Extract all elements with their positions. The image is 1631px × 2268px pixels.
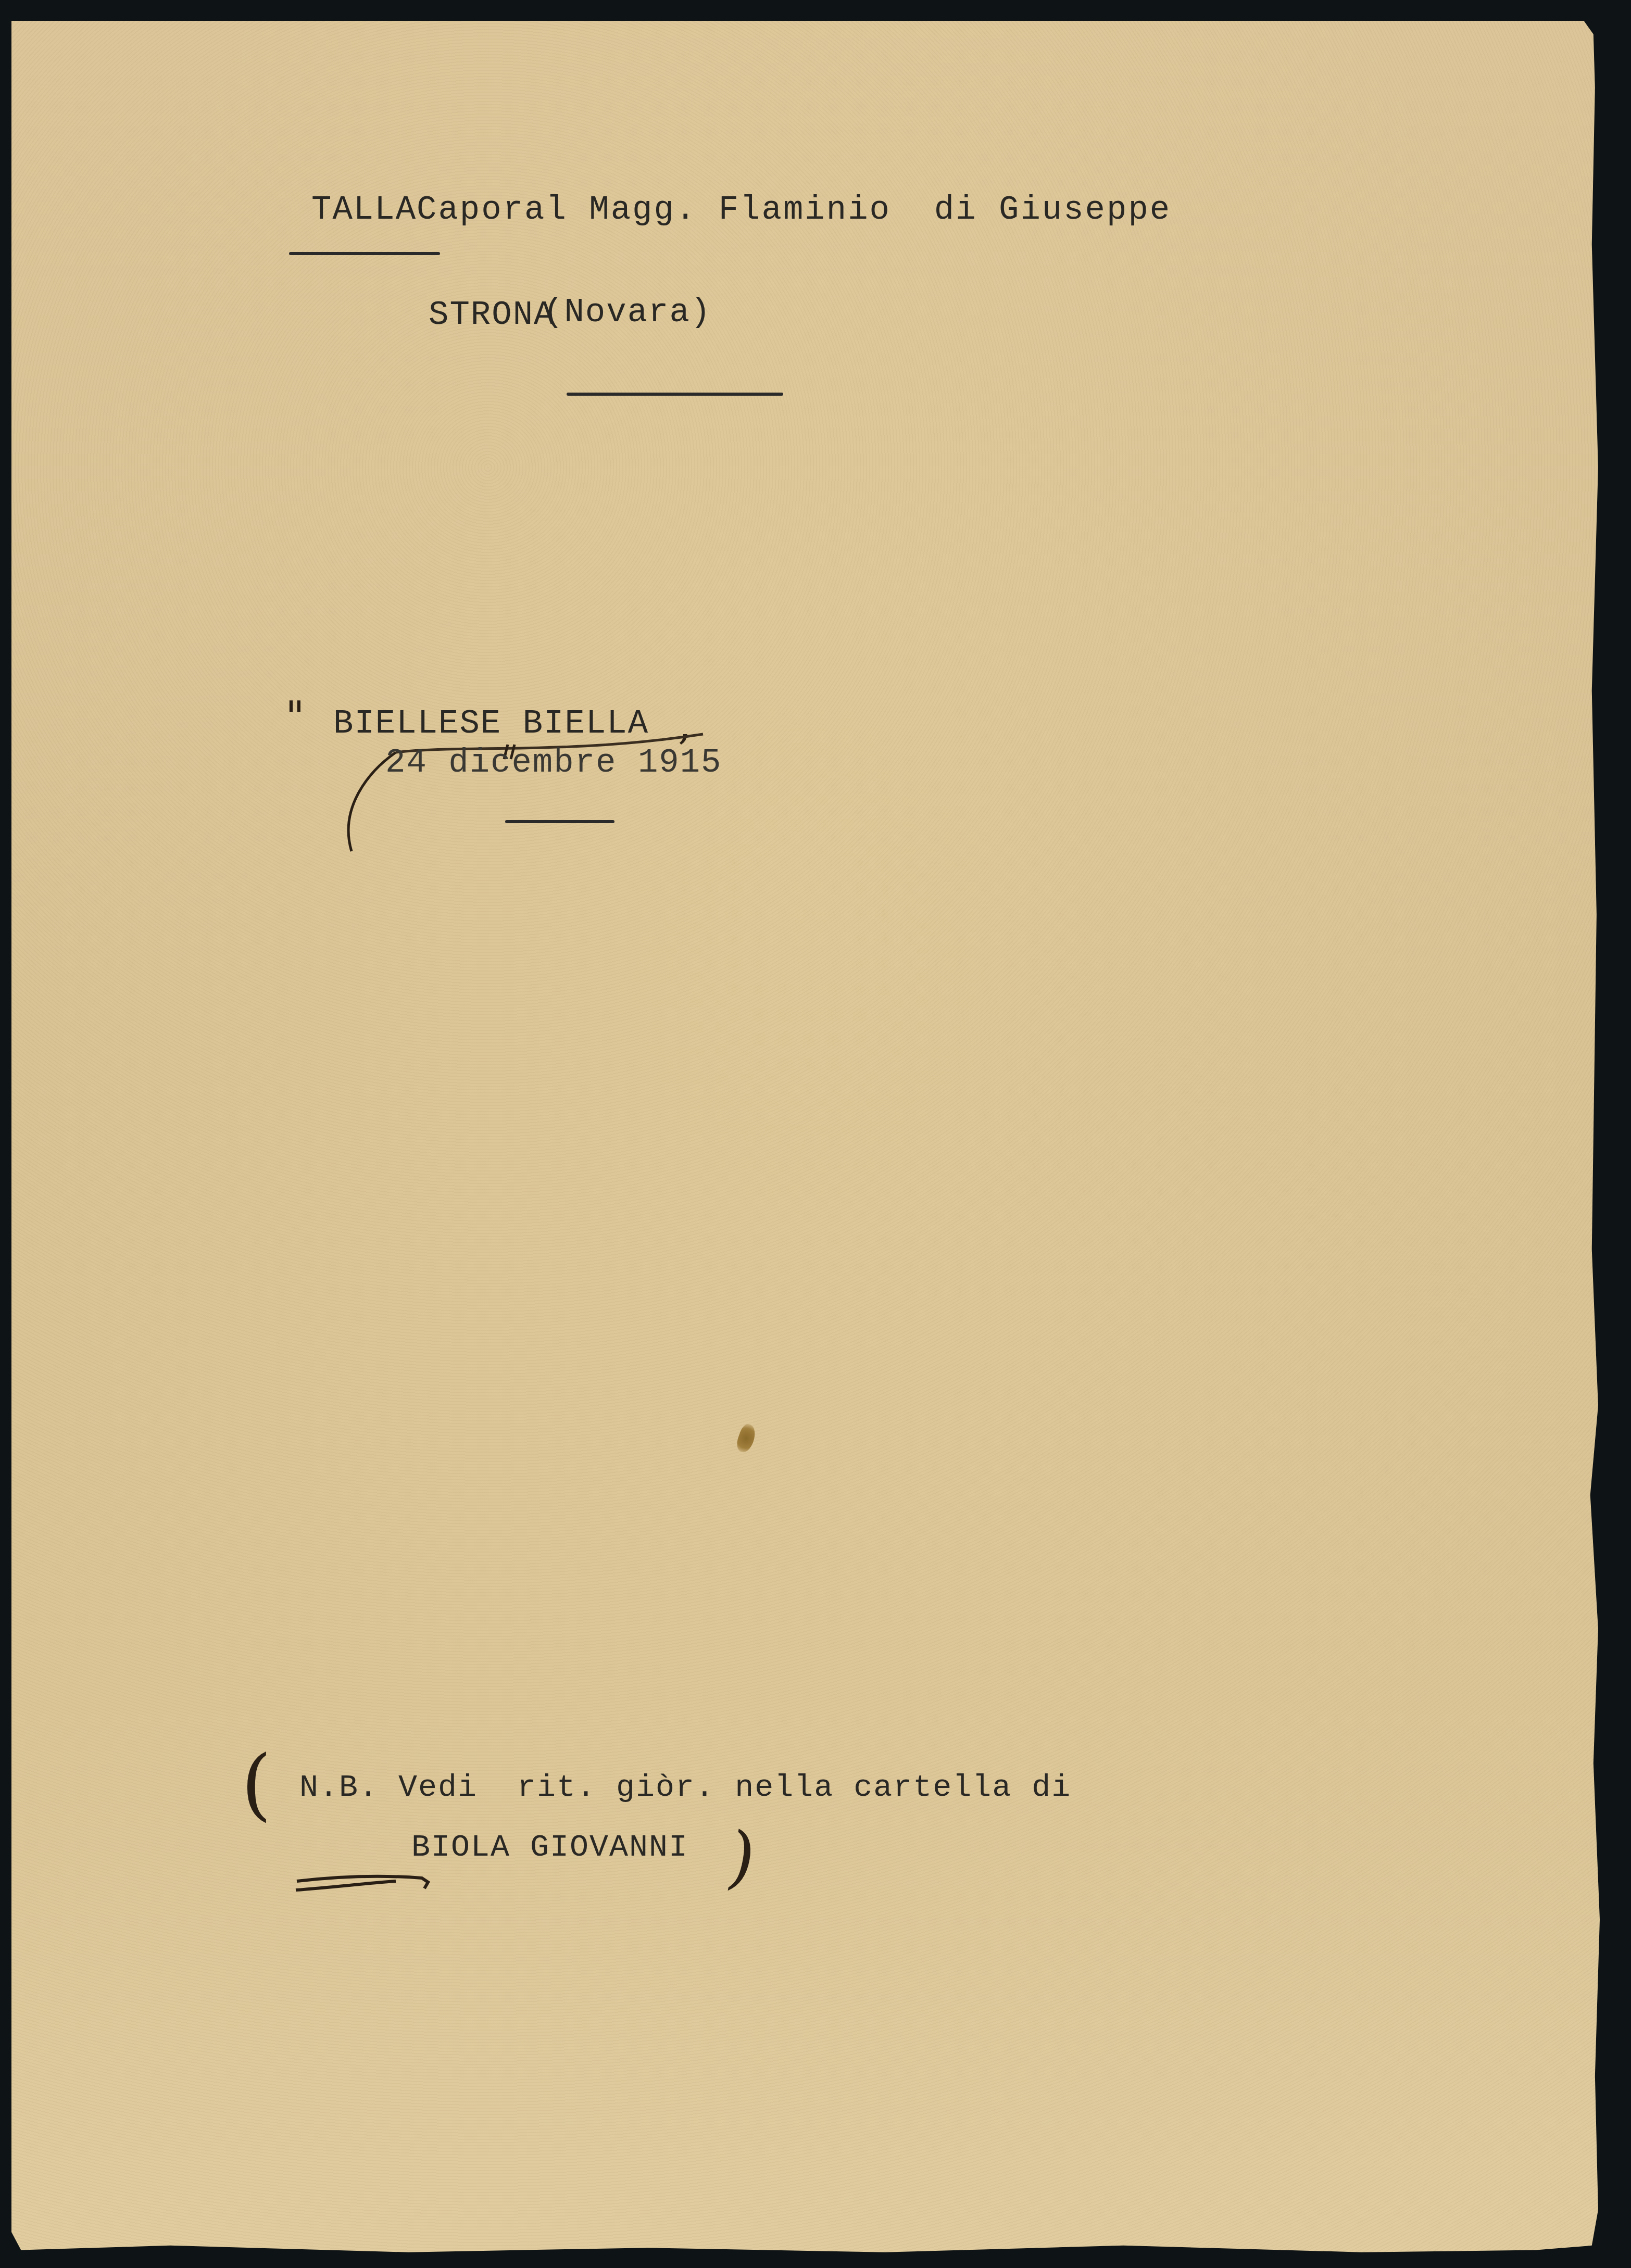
rank-and-name: Caporal Magg. Flaminio di Giuseppe — [417, 192, 1171, 229]
open-quote-mark: " — [285, 692, 305, 741]
surname-underline — [289, 252, 440, 255]
note-line-2-name: BIOLA GIOVANNI — [411, 1830, 688, 1866]
surname: TALLA — [311, 192, 417, 229]
name-hand-underline — [292, 1867, 448, 1898]
province: (Novara) — [543, 294, 711, 332]
newspaper-date: 24 dicembre 1915 — [385, 745, 722, 782]
note-open-paren: ( — [241, 1739, 272, 1830]
date-divider — [505, 820, 614, 823]
hometown: STRONA — [429, 297, 555, 334]
note-line-1: N.B. Vedi rit. giòr. nella cartella di — [299, 1770, 1071, 1806]
document-paper — [11, 21, 1600, 2254]
header-divider — [567, 393, 783, 396]
